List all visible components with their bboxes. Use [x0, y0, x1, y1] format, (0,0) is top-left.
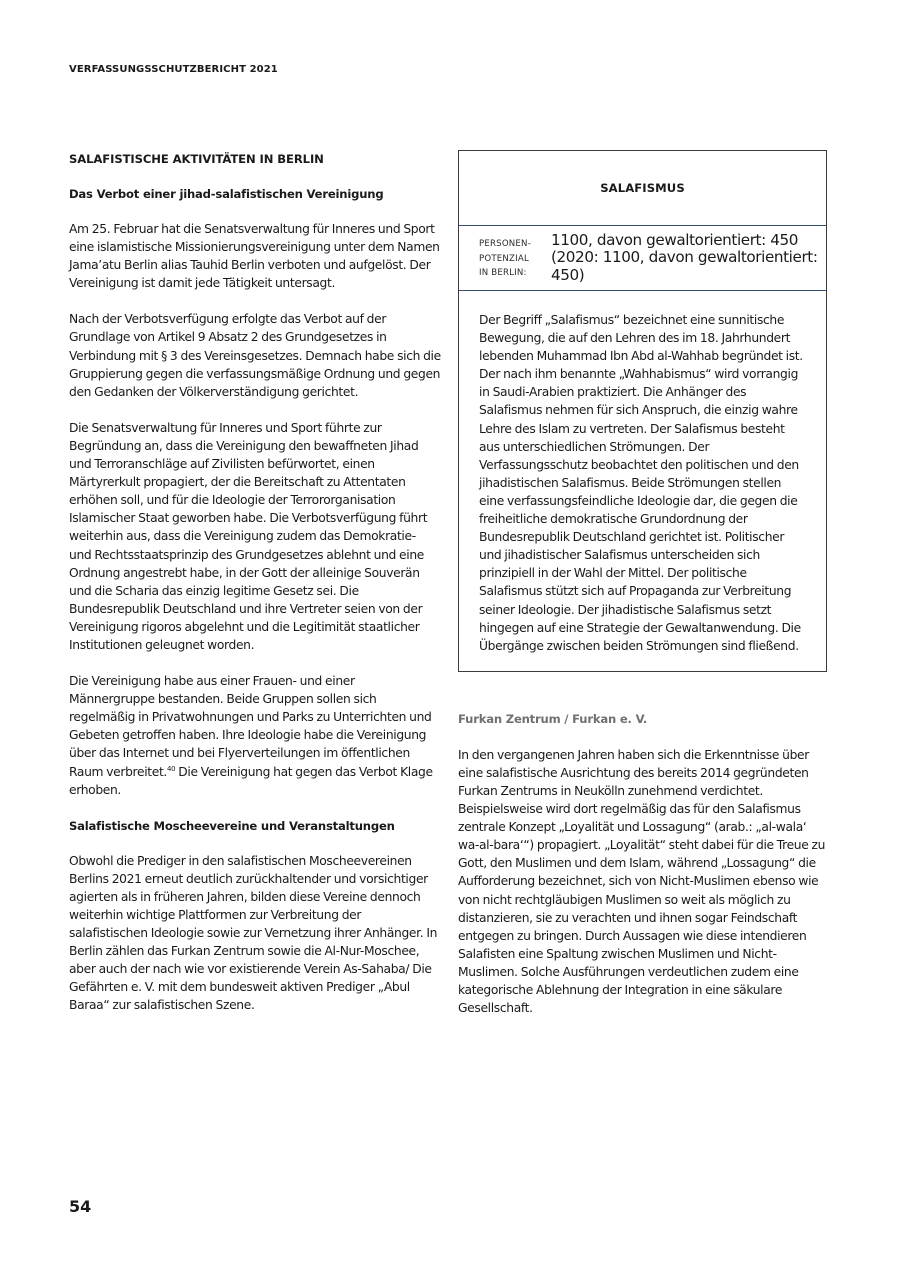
- subsection-heading-furkan: Furkan Zentrum / Furkan e. V.: [458, 710, 830, 728]
- info-box-body: Der Begriff „Salafismus“ bezeichnet eine…: [459, 291, 826, 671]
- info-box-title: SALAFISMUS: [600, 181, 685, 195]
- stat-label-line: PERSONEN-: [479, 237, 551, 252]
- info-box-header: SALAFISMUS: [459, 151, 826, 226]
- stat-label-line: POTENZIAL: [479, 252, 551, 267]
- info-box-stat-row: PERSONEN- POTENZIAL IN BERLIN: 1100, dav…: [459, 226, 826, 291]
- page-number: 54: [69, 1197, 91, 1216]
- paragraph-text: Die Vereinigung habe aus einer Frauen- u…: [69, 674, 432, 778]
- left-column: SALAFISTISCHE AKTIVITÄTEN IN BERLIN Das …: [69, 150, 441, 1033]
- paragraph: Obwohl die Prediger in den salafistische…: [69, 852, 441, 1015]
- footnote-reference[interactable]: 40: [167, 764, 175, 772]
- salafismus-info-box: SALAFISMUS PERSONEN- POTENZIAL IN BERLIN…: [458, 150, 827, 672]
- subsection-heading-moscheevereine: Salafistische Moscheevereine und Veranst…: [69, 817, 441, 835]
- paragraph-with-footnote: Die Vereinigung habe aus einer Frauen- u…: [69, 672, 441, 799]
- stat-label-line: IN BERLIN:: [479, 266, 551, 281]
- paragraph: Nach der Verbotsverfügung erfolgte das V…: [69, 310, 441, 400]
- stat-value: 1100, davon gewaltorientiert: 450 (2020:…: [551, 232, 826, 284]
- right-column: SALAFISMUS PERSONEN- POTENZIAL IN BERLIN…: [458, 150, 830, 1035]
- info-box-text: Der Begriff „Salafismus“ bezeichnet eine…: [479, 311, 806, 655]
- stat-label: PERSONEN- POTENZIAL IN BERLIN:: [479, 237, 551, 281]
- section-title: SALAFISTISCHE AKTIVITÄTEN IN BERLIN: [69, 150, 441, 168]
- subsection-heading-verbot: Das Verbot einer jihad-salafistischen Ve…: [69, 185, 441, 203]
- running-header: VERFASSUNGSSCHUTZBERICHT 2021: [69, 64, 278, 75]
- paragraph: Die Senatsverwaltung für Inneres und Spo…: [69, 419, 441, 654]
- paragraph: In den vergangenen Jahren haben sich die…: [458, 746, 830, 1017]
- paragraph: Am 25. Februar hat die Senatsverwaltung …: [69, 220, 441, 292]
